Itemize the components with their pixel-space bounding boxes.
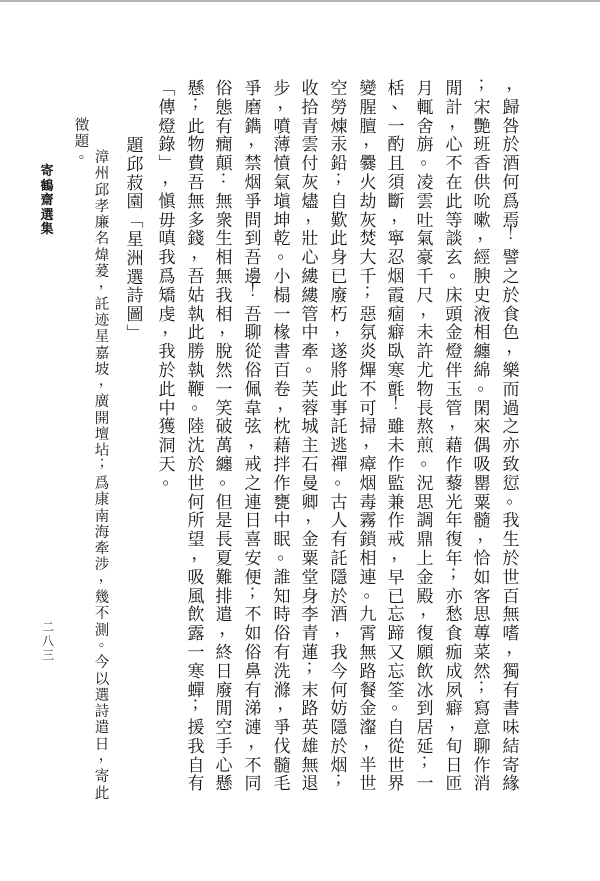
character: 聊 [471, 738, 493, 757]
character: 空 [328, 80, 350, 99]
character: 玉 [443, 381, 465, 400]
character: 旬 [443, 738, 465, 757]
character: 齋 [36, 194, 58, 209]
character: 生 [213, 230, 235, 249]
character: 書 [500, 700, 522, 719]
character: 無 [357, 644, 379, 663]
character: 班 [471, 136, 493, 155]
character: ， [332, 620, 354, 639]
character: 牽 [91, 541, 113, 557]
character: 態 [213, 99, 235, 118]
character: 煉 [328, 118, 350, 137]
character: ； [303, 658, 325, 677]
character: 於 [500, 550, 522, 569]
character: 談 [443, 230, 465, 249]
character: 雖 [385, 418, 407, 437]
character: 百 [271, 362, 293, 381]
character: 圖 [124, 306, 146, 325]
character: 愁 [443, 606, 465, 625]
character: 衆 [213, 212, 235, 231]
character: 餐 [357, 682, 379, 701]
character: 於 [328, 588, 350, 607]
character: 火 [357, 174, 379, 193]
character: 藜 [443, 475, 465, 494]
character: 在 [443, 174, 465, 193]
character: 主 [299, 437, 321, 456]
character: 俗 [213, 80, 235, 99]
character: 題 [124, 137, 146, 156]
character: ， [95, 569, 117, 585]
character: 中 [271, 512, 293, 531]
character: 聊 [242, 324, 264, 343]
character: 蹄 [385, 625, 407, 644]
character: 癖 [385, 324, 407, 343]
character: 上 [414, 550, 436, 569]
character: 食 [443, 625, 465, 644]
character: 劫 [357, 193, 379, 212]
character: ， [447, 714, 469, 733]
character: ； [361, 282, 383, 301]
character: 。 [303, 357, 325, 376]
character: 爭 [271, 719, 293, 738]
character: 食 [500, 306, 522, 325]
character: 嗔 [156, 230, 178, 249]
character: 鶴 [36, 180, 58, 195]
character: 詩 [91, 704, 113, 720]
character: 爲 [500, 193, 522, 212]
character: 霧 [357, 512, 379, 531]
character: 伴 [443, 362, 465, 381]
character: 無 [500, 606, 522, 625]
character: 於 [185, 456, 207, 475]
character: 嘉 [91, 346, 113, 362]
character: 。 [160, 470, 182, 489]
character: 匝 [443, 775, 465, 794]
character: ﹁ [156, 80, 178, 99]
character: 寒 [185, 663, 207, 682]
character: 尤 [414, 362, 436, 381]
character: ﹁ [124, 212, 146, 231]
character: 亦 [500, 437, 522, 456]
character: ！ [246, 282, 268, 301]
character: ， [447, 413, 469, 432]
character: 作 [271, 475, 293, 494]
poem-column: ；宋艷班香供吮嗽，經腴史液相纏綿。閑來偶吸罌粟髓，恰如客思蓴菜然；寫意聊作消 [471, 80, 493, 794]
character: 然 [213, 362, 235, 381]
character: 曼 [299, 475, 321, 494]
character: 有 [328, 531, 350, 550]
character: 作 [385, 512, 407, 531]
character: 。 [332, 470, 354, 489]
character: 不 [242, 606, 264, 625]
character: ！ [504, 225, 526, 244]
character: ， [303, 507, 325, 526]
preface-column: 徵題。 [71, 118, 93, 167]
character: 迹 [91, 313, 113, 329]
character: 輒 [414, 99, 436, 118]
character: 歸 [500, 99, 522, 118]
character: 於 [500, 287, 522, 306]
character: 凌 [414, 174, 436, 193]
character: 是 [213, 512, 235, 531]
character: 收 [299, 80, 321, 99]
character: 此 [156, 381, 178, 400]
character: 廣 [91, 394, 113, 410]
character: 一 [213, 381, 235, 400]
character: 中 [299, 324, 321, 343]
character: ， [418, 601, 440, 620]
character: 復 [414, 625, 436, 644]
character: ， [447, 113, 469, 132]
character: ； [447, 564, 469, 583]
character: 無 [213, 193, 235, 212]
character: 孝 [91, 199, 113, 215]
character: 思 [471, 606, 493, 625]
character: 萬 [213, 437, 235, 456]
character: 藉 [271, 437, 293, 456]
character: 世 [385, 757, 407, 776]
character: 排 [213, 588, 235, 607]
character: 拌 [271, 456, 293, 475]
character: 吐 [414, 212, 436, 231]
character: 有 [271, 644, 293, 663]
character: 酒 [500, 155, 522, 174]
character: 名 [91, 231, 113, 247]
character: 以 [91, 672, 113, 688]
poem-column: ﹁傳燈錄﹂，愼毋嗔我爲矯虔，我於此中獲洞天。 [156, 80, 178, 494]
character: 於 [328, 738, 350, 757]
character: 已 [385, 588, 407, 607]
character: ； [189, 695, 211, 714]
character: 。 [361, 583, 383, 602]
character: 徵 [71, 118, 93, 134]
character: 。 [504, 489, 526, 508]
character: 甕 [271, 494, 293, 513]
character: 雲 [414, 193, 436, 212]
character: ； [332, 770, 354, 789]
character: 毋 [156, 212, 178, 231]
character: 監 [385, 475, 407, 494]
character: ， [475, 526, 497, 545]
character: 氛 [357, 324, 379, 343]
character: 知 [271, 588, 293, 607]
character: ， [504, 338, 526, 357]
character: 笑 [213, 400, 235, 419]
character: 書 [271, 343, 293, 362]
character: 雲 [299, 136, 321, 155]
character: ； [418, 752, 440, 771]
character: 有 [242, 682, 264, 701]
character: 思 [414, 494, 436, 513]
character: 半 [357, 757, 379, 776]
character: 無 [299, 757, 321, 776]
character: 光 [443, 494, 465, 513]
character: 客 [471, 588, 493, 607]
character: 汞 [328, 136, 350, 155]
character: 居 [414, 719, 436, 738]
poem-column: 閒計，心不在此等談玄。床頭金燈伴玉管，藉作藜光年復年；亦愁食痂成夙癖，旬日匝 [443, 80, 465, 794]
character: ， [418, 301, 440, 320]
character: 廢 [213, 682, 235, 701]
character: 俗 [271, 625, 293, 644]
character: 退 [299, 775, 321, 794]
character: 園 [124, 193, 146, 212]
character: 許 [414, 343, 436, 362]
character: 未 [414, 324, 436, 343]
character: 李 [299, 606, 321, 625]
character: 不 [91, 606, 113, 622]
poem-column: ，歸咎於酒何爲焉！譬之於食色，樂而過之亦致愆。我生於世百無嗜，獨有書味結寄緣 [500, 80, 522, 794]
character: 脫 [213, 343, 235, 362]
character: ， [275, 395, 297, 414]
character: 忘 [385, 663, 407, 682]
character: 星 [91, 329, 113, 345]
character: 所 [185, 512, 207, 531]
character: 同 [242, 775, 264, 794]
character: 。 [418, 150, 440, 169]
character: 飲 [185, 606, 207, 625]
character: 灰 [299, 174, 321, 193]
character: 隱 [328, 569, 350, 588]
character: ， [361, 733, 383, 752]
poem-column: 俗態有癇顛：無衆生相無我相，脫然一笑破萬纏。但是長夏難排遣，終日廢閒空手心懸 [213, 80, 235, 794]
character: 錄 [156, 136, 178, 155]
character: 閒 [443, 80, 465, 99]
character: 執 [185, 306, 207, 325]
character: 三 [37, 648, 59, 662]
character: 床 [443, 287, 465, 306]
character: 中 [156, 400, 178, 419]
character: 援 [185, 719, 207, 738]
character: 致 [500, 456, 522, 475]
character: 坤 [271, 212, 293, 231]
character: 身 [299, 588, 321, 607]
character: ， [95, 275, 117, 291]
character: 頭 [443, 306, 465, 325]
character: 成 [443, 663, 465, 682]
character: 英 [299, 719, 321, 738]
character: 何 [328, 682, 350, 701]
character: 況 [414, 475, 436, 494]
character: 早 [385, 569, 407, 588]
character: 願 [414, 644, 436, 663]
character: 樂 [500, 362, 522, 381]
character: ， [189, 545, 211, 564]
character: 、 [389, 94, 411, 113]
character: 。 [95, 634, 117, 650]
character: 氣 [271, 174, 293, 193]
character: 心 [213, 757, 235, 776]
character: 鼎 [414, 531, 436, 550]
character: 偶 [471, 437, 493, 456]
character: 拾 [299, 99, 321, 118]
character: 椽 [271, 324, 293, 343]
character: 有 [500, 682, 522, 701]
page-top-edge [0, 0, 600, 2]
character: 廢 [328, 287, 350, 306]
character: 伐 [271, 738, 293, 757]
character: 二 [37, 620, 59, 634]
character: 多 [185, 212, 207, 231]
character: 。 [418, 451, 440, 470]
poem-column: 收拾青雲付灰燼，壯心縷縷管中牽。芙蓉城主石曼卿，金粟堂身李青蓮；末路英雄無退 [299, 80, 321, 794]
character: 佩 [242, 381, 264, 400]
character: 磨 [242, 99, 264, 118]
character: 縷 [299, 268, 321, 287]
character: 榻 [271, 287, 293, 306]
poem-column: 栝、一酌且須斷，寧忍烟霞痼癖臥寒氈！雖未作監兼作戒，早已忘蹄又忘筌。自從世界 [385, 80, 407, 794]
character: 不 [357, 381, 379, 400]
character: 此 [91, 786, 113, 802]
character: 人 [328, 512, 350, 531]
character: 爭 [242, 193, 264, 212]
character: 自 [328, 193, 350, 212]
character: 誰 [271, 569, 293, 588]
character: 此 [328, 381, 350, 400]
character: 鼻 [242, 663, 264, 682]
character: 。 [217, 470, 239, 489]
character: 一 [271, 306, 293, 325]
poem-column: 空勞煉汞鉛；自歎此身已廢朽，遂將此事託逃禪。古人有託隱於酒，我今何妨隱於烟； [328, 80, 350, 794]
character: 緣 [500, 775, 522, 794]
character: 粟 [471, 494, 493, 513]
character: 不 [242, 757, 264, 776]
character: 。 [189, 395, 211, 414]
character: 如 [471, 569, 493, 588]
character: 戒 [242, 456, 264, 475]
character: 日 [213, 663, 235, 682]
character: 夏 [213, 550, 235, 569]
character: 忍 [385, 249, 407, 268]
character: 腴 [471, 268, 493, 287]
character: 此 [328, 230, 350, 249]
character: 廉 [91, 215, 113, 231]
poem-column: 變腥膻，爨火劫灰焚大千；惡氛炎熚不可掃，瘴烟毒霧鎖相連。九霄無路餐金瀣，半世 [357, 80, 379, 794]
character: 咎 [500, 118, 522, 137]
character: 一 [185, 644, 207, 663]
character: 南 [91, 509, 113, 525]
character: ， [389, 545, 411, 564]
character: 相 [213, 249, 235, 268]
character: 相 [357, 550, 379, 569]
character: ， [332, 319, 354, 338]
character: 寄 [36, 165, 58, 180]
character: 堂 [299, 569, 321, 588]
character: 空 [213, 719, 235, 738]
character: 破 [213, 418, 235, 437]
character: 吾 [242, 306, 264, 325]
character: 髓 [271, 757, 293, 776]
character: 露 [185, 625, 207, 644]
character: 蓉 [299, 400, 321, 419]
character: 但 [213, 494, 235, 513]
character: 菽 [124, 175, 146, 194]
character: 界 [385, 775, 407, 794]
character: 氣 [414, 230, 436, 249]
character: 青 [299, 118, 321, 137]
character: 我 [185, 738, 207, 757]
character: 世 [357, 775, 379, 794]
character: 芙 [299, 381, 321, 400]
character: 我 [328, 644, 350, 663]
character: 烟 [357, 475, 379, 494]
character: 亦 [443, 588, 465, 607]
character: 洗 [271, 663, 293, 682]
character: 恰 [471, 550, 493, 569]
character: 寒 [385, 362, 407, 381]
character: 歎 [328, 212, 350, 231]
character: 史 [471, 287, 493, 306]
character: 寄 [500, 757, 522, 776]
character: ； [332, 169, 354, 188]
character: 之 [500, 268, 522, 287]
character: 復 [443, 531, 465, 550]
character: 長 [213, 531, 235, 550]
poem-column: 爭磨鐫，禁烟爭問到吾邊！吾聊從俗佩韋弦，戒之連日喜安便；不如俗鼻有涕漣，不同 [242, 80, 264, 794]
character: 執 [185, 362, 207, 381]
character: 遂 [328, 343, 350, 362]
character: 今 [91, 655, 113, 671]
character: 。 [275, 545, 297, 564]
character: ， [361, 432, 383, 451]
character: 粟 [299, 550, 321, 569]
character: 俗 [242, 644, 264, 663]
character: 供 [471, 174, 493, 193]
character: 如 [242, 625, 264, 644]
character: 夙 [443, 682, 465, 701]
character: 禁 [242, 155, 264, 174]
character: 有 [185, 775, 207, 794]
character: 塡 [271, 193, 293, 212]
character: 此 [443, 193, 465, 212]
character: 邱 [124, 156, 146, 175]
character: 今 [328, 663, 350, 682]
character: ， [504, 75, 526, 94]
character: ； [475, 75, 497, 94]
character: 毒 [357, 494, 379, 513]
character: 獨 [500, 663, 522, 682]
character: 爭 [242, 80, 264, 99]
character: 菜 [471, 644, 493, 663]
character: 來 [471, 418, 493, 437]
character: 相 [471, 324, 493, 343]
character: ！ [389, 395, 411, 414]
character: 此 [185, 324, 207, 343]
character: 無 [213, 268, 235, 287]
character: 自 [385, 719, 407, 738]
character: 焚 [357, 230, 379, 249]
character: 矯 [156, 287, 178, 306]
character: 枕 [271, 418, 293, 437]
character: 我 [156, 343, 178, 362]
character: 作 [385, 456, 407, 475]
character: 九 [357, 606, 379, 625]
character: ； [475, 677, 497, 696]
character: 等 [443, 212, 465, 231]
character: 爨 [357, 155, 379, 174]
character: ， [95, 748, 117, 764]
character: 。 [275, 244, 297, 263]
character: 託 [91, 297, 113, 313]
character: 已 [328, 268, 350, 287]
character: ； [189, 94, 211, 113]
character: 陸 [185, 418, 207, 437]
character: ， [217, 620, 239, 639]
character: 詩 [124, 287, 146, 306]
character: 何 [500, 174, 522, 193]
character: 物 [185, 136, 207, 155]
character: 我 [500, 512, 522, 531]
